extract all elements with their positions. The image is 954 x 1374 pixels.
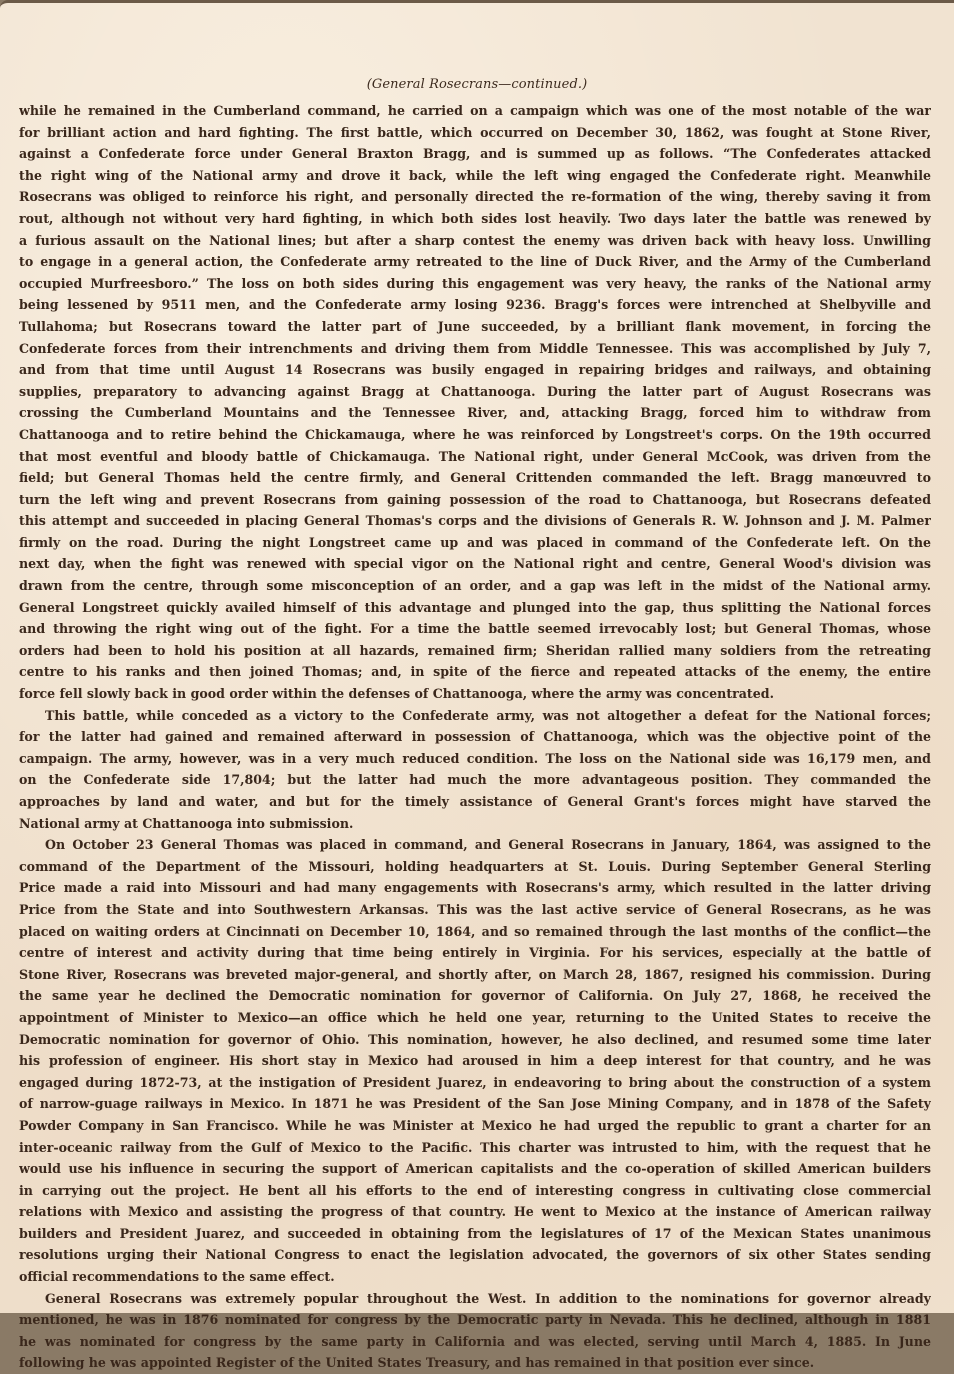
text-line: engaged during 1872-73, at the instigati…	[19, 1072, 931, 1094]
text-line: National army at Chattanooga into submis…	[19, 813, 931, 835]
text-line: the right wing of the National army and …	[19, 165, 931, 187]
text-line: for brilliant action and hard fighting. …	[19, 122, 931, 144]
text-line: to engage in a general action, the Confe…	[19, 251, 931, 273]
text-line: in carrying out the project. He bent all…	[19, 1180, 931, 1202]
text-line: Stone River, Rosecrans was breveted majo…	[19, 964, 931, 986]
text-line: centre to his ranks and then joined Thom…	[19, 661, 931, 683]
text-line: approaches by land and water, and but fo…	[19, 791, 931, 813]
document-page: (General Rosecrans—continued.) while he …	[0, 0, 954, 1313]
text-line: force fell slowly back in good order wit…	[19, 683, 931, 705]
text-line: that most eventful and bloody battle of …	[19, 446, 931, 468]
text-line: drawn from the centre, through some misc…	[19, 575, 931, 597]
paragraph: while he remained in the Cumberland comm…	[19, 100, 931, 705]
text-line: field; but General Thomas held the centr…	[19, 467, 931, 489]
text-line: Confederate forces from their intrenchme…	[19, 338, 931, 360]
text-line: against a Confederate force under Genera…	[19, 143, 931, 165]
text-line: Chattanooga and to retire behind the Chi…	[19, 424, 931, 446]
text-line: resolutions urging their National Congre…	[19, 1244, 931, 1266]
paragraph: On October 23 General Thomas was placed …	[19, 834, 931, 1287]
text-line: campaign. The army, however, was in a ve…	[19, 748, 931, 770]
text-line: and throwing the right wing out of the f…	[19, 618, 931, 640]
text-line: Price made a raid into Missouri and had …	[19, 877, 931, 899]
text-line: this attempt and succeeded in placing Ge…	[19, 510, 931, 532]
text-line: a furious assault on the National lines;…	[19, 230, 931, 252]
text-line: builders and President Juarez, and succe…	[19, 1223, 931, 1245]
text-line: command of the Department of the Missour…	[19, 856, 931, 878]
text-line: his profession of engineer. His short st…	[19, 1050, 931, 1072]
text-line: and from that time until August 14 Rosec…	[19, 359, 931, 381]
text-line: inter-oceanic railway from the Gulf of M…	[19, 1137, 931, 1159]
text-line: firmly on the road. During the night Lon…	[19, 532, 931, 554]
text-line: would use his influence in securing the …	[19, 1158, 931, 1180]
text-line: supplies, preparatory to advancing again…	[19, 381, 931, 403]
text-line: General Rosecrans was extremely popular …	[19, 1288, 931, 1310]
text-line: next day, when the fight was renewed wit…	[19, 553, 931, 575]
paragraph: General Rosecrans was extremely popular …	[19, 1288, 931, 1313]
body-text: while he remained in the Cumberland comm…	[19, 100, 931, 1313]
text-line: occupied Murfreesboro.” The loss on both…	[19, 273, 931, 295]
text-line: mentioned, he was in 1876 nominated for …	[19, 1309, 931, 1313]
text-line: crossing the Cumberland Mountains and th…	[19, 402, 931, 424]
text-line: General Longstreet quickly availed himse…	[19, 597, 931, 619]
text-line: while he remained in the Cumberland comm…	[19, 100, 931, 122]
text-line: appointment of Minister to Mexico—an off…	[19, 1007, 931, 1029]
text-line: rout, although not without very hard fig…	[19, 208, 931, 230]
text-line: of narrow-guage railways in Mexico. In 1…	[19, 1093, 931, 1115]
text-line: official recommendations to the same eff…	[19, 1266, 931, 1288]
text-line: placed on waiting orders at Cincinnati o…	[19, 921, 931, 943]
text-line: Tullahoma; but Rosecrans toward the latt…	[19, 316, 931, 338]
text-line: orders had been to hold his position at …	[19, 640, 931, 662]
continued-heading: (General Rosecrans—continued.)	[0, 77, 954, 92]
text-line: On October 23 General Thomas was placed …	[19, 834, 931, 856]
text-line: for the latter had gained and remained a…	[19, 726, 931, 748]
text-line: on the Confederate side 17,804; but the …	[19, 769, 931, 791]
text-line: Powder Company in San Francisco. While h…	[19, 1115, 931, 1137]
text-line: Rosecrans was obliged to reinforce his r…	[19, 186, 931, 208]
text-line: Price from the State and into Southweste…	[19, 899, 931, 921]
text-line: being lessened by 9511 men, and the Conf…	[19, 294, 931, 316]
text-line: centre of interest and activity during t…	[19, 942, 931, 964]
text-line: turn the left wing and prevent Rosecrans…	[19, 489, 931, 511]
text-line: This battle, while conceded as a victory…	[19, 705, 931, 727]
text-line: Democratic nomination for governor of Oh…	[19, 1029, 931, 1051]
text-line: the same year he declined the Democratic…	[19, 985, 931, 1007]
paragraph: This battle, while conceded as a victory…	[19, 705, 931, 835]
text-line: relations with Mexico and assisting the …	[19, 1201, 931, 1223]
